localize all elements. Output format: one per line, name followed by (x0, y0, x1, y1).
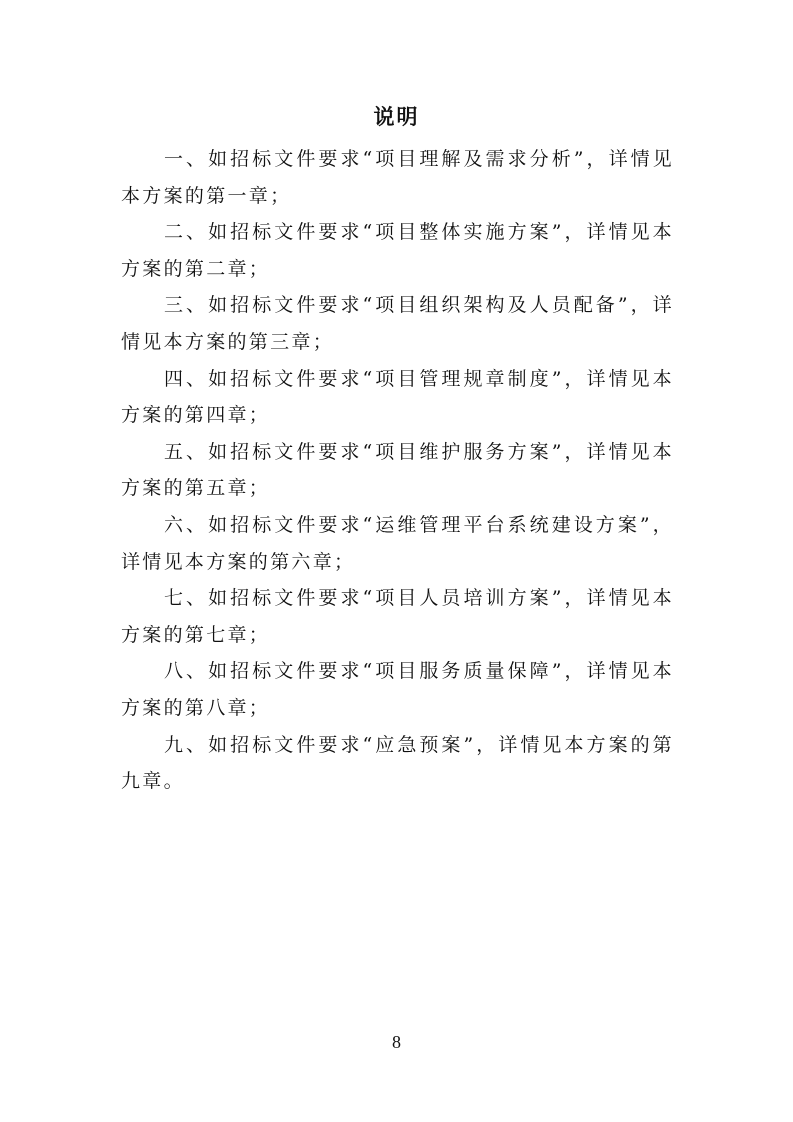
page-title: 说明 (0, 101, 793, 133)
paragraph-chapter-1: 一、如招标文件要求“项目理解及需求分析”，详情见本方案的第一章； (121, 141, 674, 214)
paragraph-chapter-4: 四、如招标文件要求“项目管理规章制度”，详情见本方案的第四章； (121, 361, 674, 434)
document-body: 一、如招标文件要求“项目理解及需求分析”，详情见本方案的第一章； 二、如招标文件… (121, 141, 674, 800)
page-number: 8 (0, 1031, 793, 1053)
paragraph-chapter-3: 三、如招标文件要求“项目组织架构及人员配备”，详情见本方案的第三章； (121, 287, 674, 360)
paragraph-chapter-9: 九、如招标文件要求“应急预案”，详情见本方案的第九章。 (121, 727, 674, 800)
paragraph-chapter-6: 六、如招标文件要求“运维管理平台系统建设方案”，详情见本方案的第六章； (121, 507, 674, 580)
paragraph-chapter-5: 五、如招标文件要求“项目维护服务方案”，详情见本方案的第五章； (121, 434, 674, 507)
paragraph-chapter-2: 二、如招标文件要求“项目整体实施方案”，详情见本方案的第二章； (121, 214, 674, 287)
document-page: 说明 一、如招标文件要求“项目理解及需求分析”，详情见本方案的第一章； 二、如招… (0, 0, 793, 1122)
paragraph-chapter-8: 八、如招标文件要求“项目服务质量保障”，详情见本方案的第八章； (121, 653, 674, 726)
paragraph-chapter-7: 七、如招标文件要求“项目人员培训方案”，详情见本方案的第七章； (121, 580, 674, 653)
